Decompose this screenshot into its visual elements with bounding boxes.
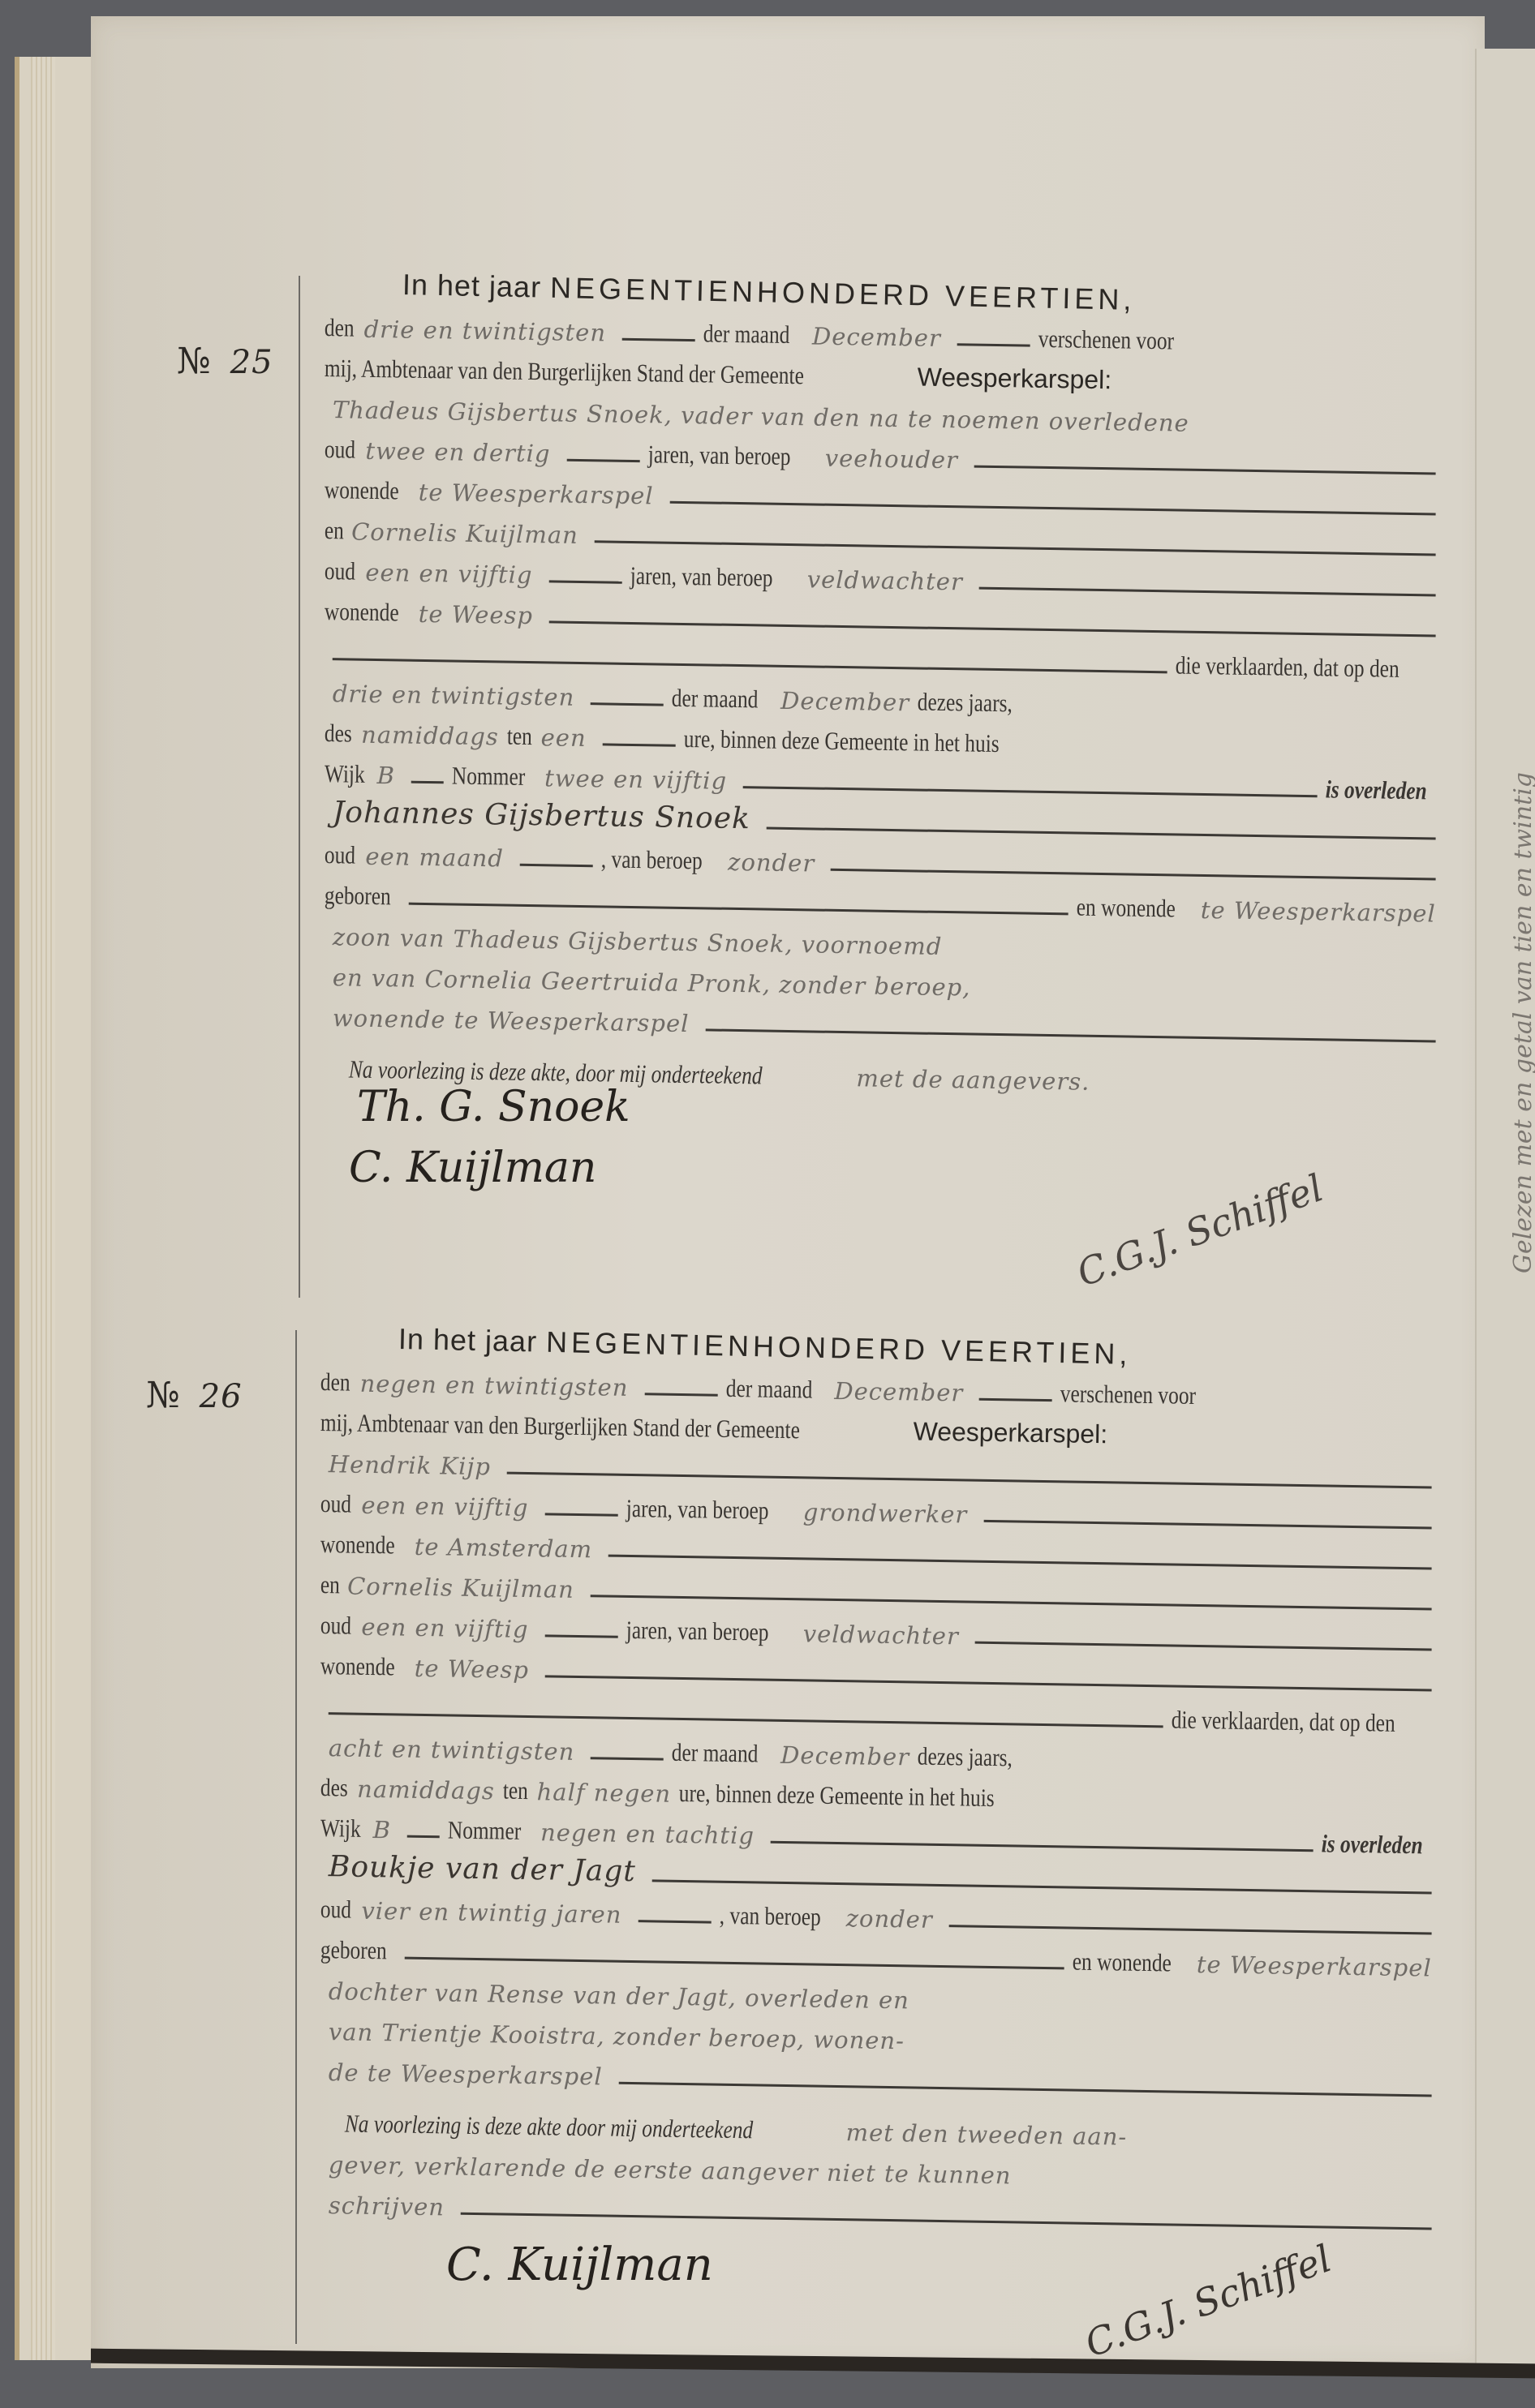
field-day: negen en twintigsten <box>351 1370 636 1402</box>
wijk-value: B <box>368 762 403 790</box>
label-ure: ure, binnen deze Gemeente in het huis <box>683 724 999 758</box>
label-beroep: , van beroep <box>601 844 703 875</box>
label-beroep: , van beroep <box>719 1901 820 1932</box>
municipality: Weesperkarspel: <box>913 1416 1107 1449</box>
wijk-value: B <box>364 1816 399 1844</box>
label-ten: ten <box>503 1776 529 1805</box>
number-sign: № <box>146 1375 180 1416</box>
margin-rule-bottom <box>295 1330 297 2344</box>
margin-annotation: Gelezen met en getal van tien en twintig <box>1509 260 1535 1273</box>
label-der-maand: der maand <box>672 1738 759 1769</box>
label-geboren: geboren <box>325 881 391 911</box>
declarant1-residence: te Weesperkarspel <box>411 479 662 510</box>
label-en: en <box>320 1570 341 1599</box>
label-verklaarden: die verklaarden, dat op den <box>1172 1705 1396 1737</box>
label-den: den <box>320 1367 350 1397</box>
fill-line <box>566 459 639 462</box>
fill-line <box>520 864 593 867</box>
municipality: Weesperkarspel: <box>917 362 1111 395</box>
fill-line <box>974 466 1436 475</box>
label-overleden: is overleden <box>1325 775 1427 805</box>
label-jaren-beroep: jaren, van beroep <box>626 1494 768 1526</box>
declarant2-occupation: veldwachter <box>799 565 972 595</box>
declarant2-age: een en vijftig <box>353 1613 537 1644</box>
entry-number-value: 26 <box>191 1378 251 1415</box>
death-daypart: namiddags <box>353 721 507 751</box>
label-des: des <box>320 1773 348 1803</box>
nommer-value: negen en tachtig <box>532 1818 763 1849</box>
declarant1-occupation: veehouder <box>817 444 967 474</box>
label-dezes-jaars: dezes jaars, <box>918 687 1013 718</box>
margin-annotation-text: Gelezen met en getal van tien en twintig <box>1509 772 1535 1273</box>
closing-handwritten: met den tweeden aan- <box>837 2118 1135 2151</box>
fill-line <box>979 1398 1052 1401</box>
field-month: December <box>826 1377 971 1407</box>
page-stack-edge <box>15 57 101 2360</box>
fill-line <box>975 1642 1432 1651</box>
deceased-name: Boukje van der Jagt <box>320 1850 644 1888</box>
fill-line <box>411 781 444 784</box>
entry-number-26: № 26 <box>146 1375 251 1416</box>
death-entry-25: In het jaar NEGENTIENHONDERD VEERTIEN, d… <box>325 268 1444 1084</box>
declarant2-occupation: veldwachter <box>795 1620 968 1650</box>
fill-line <box>705 1028 1435 1042</box>
fill-line <box>644 1393 717 1396</box>
declarant1-age: een en vijftig <box>353 1492 537 1522</box>
label-wonende: wonende <box>325 597 399 627</box>
label-overleden: is overleden <box>1321 1829 1423 1860</box>
parents-text: de te Weesperkarspel <box>320 2058 611 2091</box>
declarant2-age: een en vijftig <box>357 559 541 590</box>
parents-text: wonende te Weesperkarspel <box>325 1004 698 1037</box>
closing-handwritten: schrijven <box>320 2191 454 2221</box>
label-oud: oud <box>320 1611 352 1641</box>
closing-handwritten: met de aangevers. <box>848 1064 1098 1096</box>
label-ten: ten <box>507 722 533 751</box>
deceased-occupation: zonder <box>720 848 823 878</box>
fill-line <box>957 343 1030 346</box>
heading-prefix: In het jaar <box>402 268 542 304</box>
fill-line <box>949 1925 1432 1934</box>
fill-line <box>619 2082 1432 2097</box>
label-oud: oud <box>325 435 356 465</box>
fill-line <box>622 338 695 341</box>
label-wijk: Wijk <box>325 759 365 789</box>
death-month: December <box>772 1741 918 1771</box>
death-daypart: namiddags <box>349 1775 503 1805</box>
death-hour: een <box>532 723 595 752</box>
signature-declarant2: C. Kuijlman <box>446 2238 713 2291</box>
fill-line <box>548 580 621 583</box>
declarant1-age: twee en dertig <box>357 437 559 468</box>
fill-line <box>407 1835 440 1839</box>
label-jaren-beroep: jaren, van beroep <box>630 561 772 593</box>
declarant1-residence: te Amsterdam <box>406 1533 601 1564</box>
entry-number-value: 25 <box>222 344 282 381</box>
deceased-age: vier en twintig jaren <box>353 1897 630 1929</box>
declarant2-residence: te Weesp <box>406 1655 538 1685</box>
label-geboren: geboren <box>320 1935 387 1965</box>
signature-declarant1: Th. G. Snoek <box>357 1083 630 1131</box>
label-oud: oud <box>325 556 356 586</box>
label-oud: oud <box>325 840 356 870</box>
declarant1-name: Hendrik Kijp <box>320 1450 500 1480</box>
fill-line <box>544 1513 617 1516</box>
label-der-maand: der maand <box>672 684 759 715</box>
label-ure: ure, binnen deze Gemeente in het huis <box>679 1779 995 1813</box>
fill-line <box>983 1520 1431 1530</box>
fill-line <box>591 1757 664 1760</box>
number-sign: № <box>177 341 211 382</box>
label-nommer: Nommer <box>448 1815 522 1845</box>
label-oud: oud <box>320 1489 352 1519</box>
label-verschenen: verschenen voor <box>1038 324 1175 356</box>
fill-line <box>979 587 1436 597</box>
deceased-occupation: zonder <box>837 1904 941 1934</box>
label-verklaarden: die verklaarden, dat op den <box>1176 650 1400 683</box>
field-day: drie en twintigsten <box>355 315 614 347</box>
label-dezes-jaars: dezes jaars, <box>918 1742 1013 1773</box>
fill-line <box>603 743 676 746</box>
declarant2-name: Cornelis Kuijlman <box>339 1572 583 1603</box>
deceased-age: een maand <box>357 843 512 873</box>
label-jaren-beroep: jaren, van beroep <box>626 1616 768 1647</box>
declarant2-residence: te Weesp <box>411 600 542 630</box>
declarant2-name: Cornelis Kuijlman <box>343 517 587 549</box>
label-jaren-beroep: jaren, van beroep <box>647 440 790 471</box>
label-den: den <box>325 313 355 343</box>
fill-line <box>591 702 664 706</box>
label-maand: der maand <box>725 1374 812 1405</box>
label-wonende: wonende <box>320 1530 395 1560</box>
label-wonende: wonende <box>325 475 399 505</box>
label-oud: oud <box>320 1895 352 1925</box>
label-en-wonende: en wonende <box>1073 1947 1172 1978</box>
fill-line <box>638 1920 711 1923</box>
label-wijk: Wijk <box>320 1814 361 1844</box>
declarant1-occupation: grondwerker <box>795 1498 976 1528</box>
death-month: December <box>772 687 918 717</box>
field-month: December <box>804 322 949 352</box>
death-entry-26: In het jaar NEGENTIENHONDERD VEERTIEN, d… <box>320 1322 1440 2219</box>
label-wonende: wonende <box>320 1651 395 1681</box>
nommer-value: twee en vijftig <box>536 764 735 795</box>
label-en-wonende: en wonende <box>1077 893 1176 924</box>
death-day: drie en twintigsten <box>325 680 583 711</box>
label-en: en <box>325 516 345 545</box>
heading-prefix: In het jaar <box>398 1322 538 1359</box>
label-nommer: Nommer <box>452 761 526 791</box>
death-hour: half negen <box>528 1778 679 1808</box>
deceased-residence: te Weesperkarspel <box>1193 896 1444 928</box>
death-day: acht en twintigsten <box>320 1734 583 1766</box>
signature-declarant2: C. Kuijlman <box>349 1144 596 1192</box>
fill-line <box>544 1634 617 1638</box>
deceased-residence: te Weesperkarspel <box>1189 1951 1440 1982</box>
label-verschenen: verschenen voor <box>1060 1379 1197 1410</box>
label-des: des <box>325 719 352 749</box>
fill-line <box>771 1841 1313 1852</box>
label-maand: der maand <box>703 319 790 350</box>
margin-rule-top <box>299 276 300 1298</box>
entry-number-25: № 25 <box>177 341 282 382</box>
